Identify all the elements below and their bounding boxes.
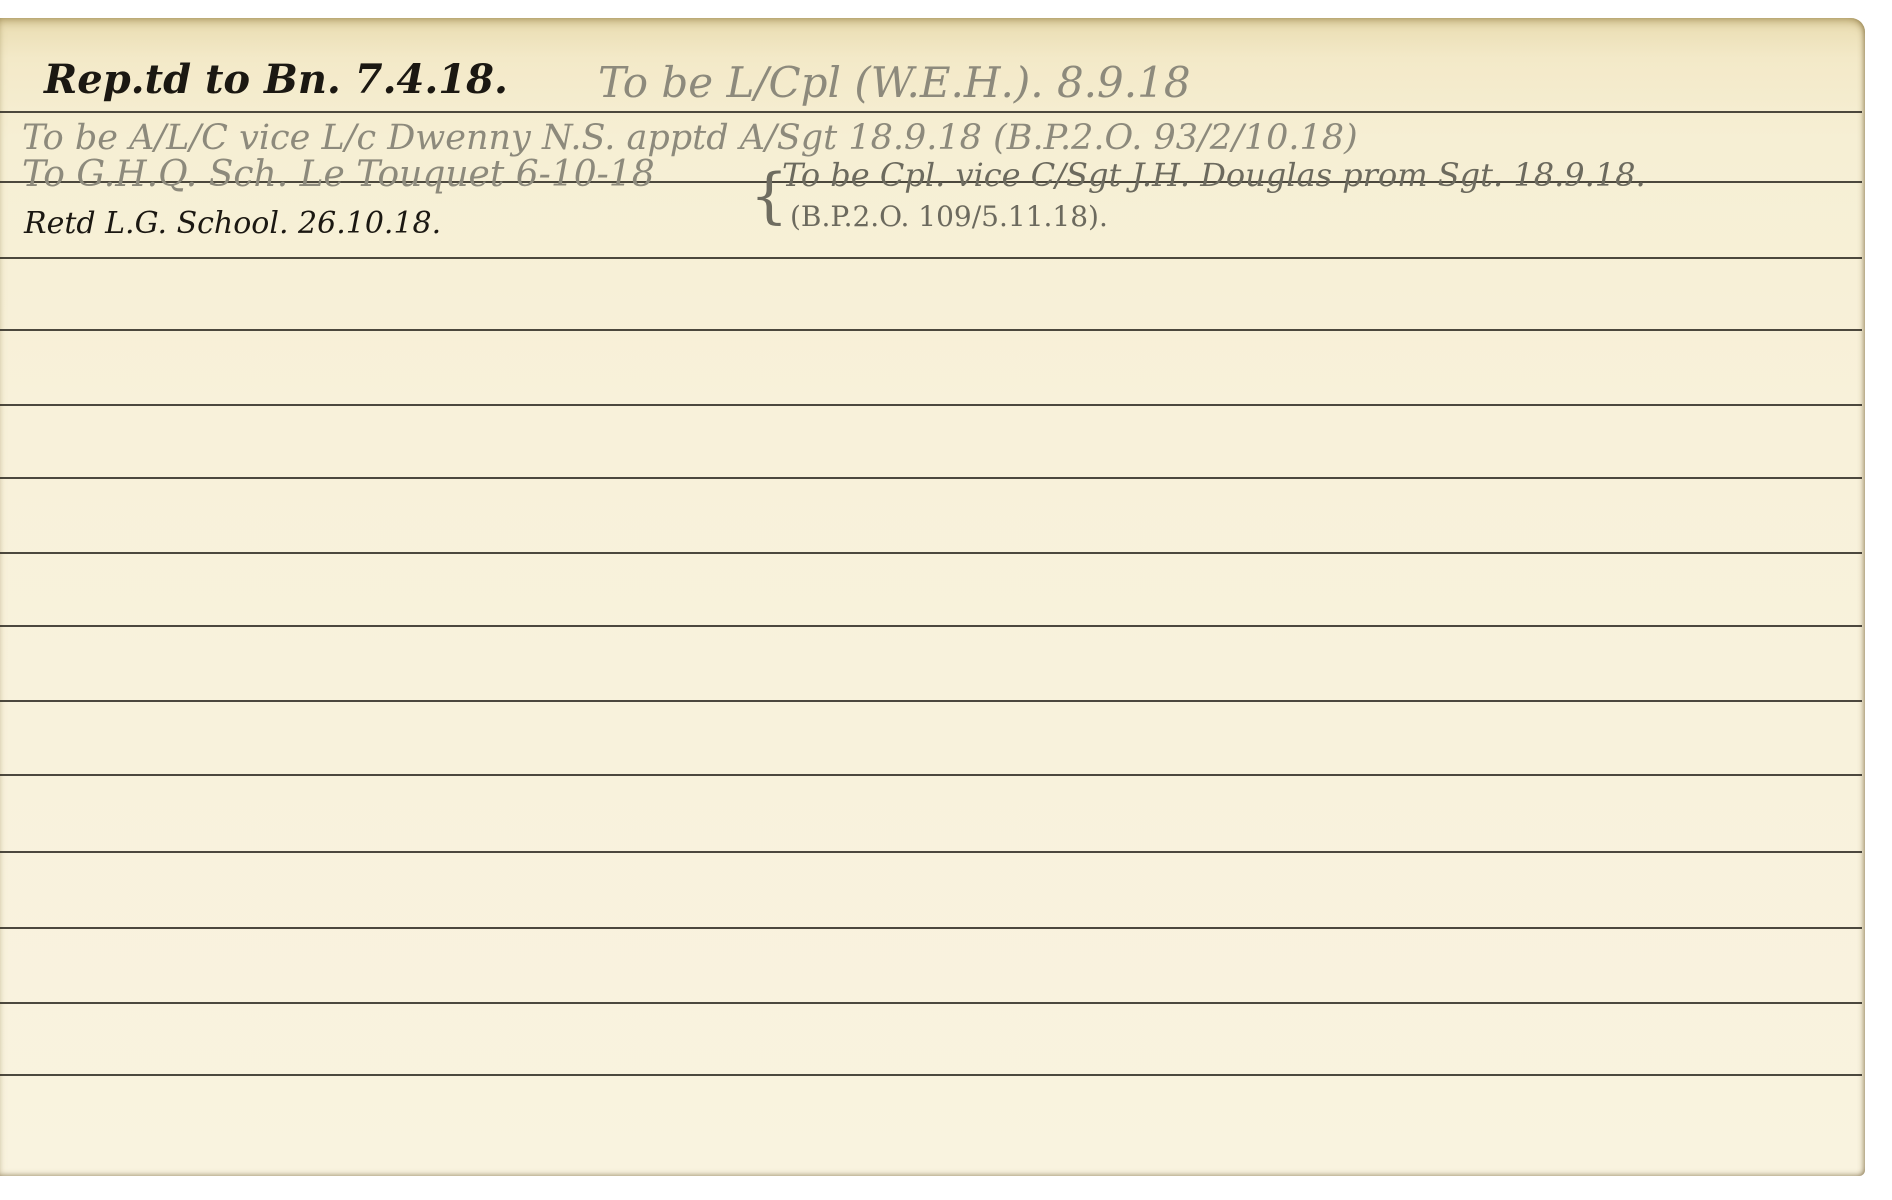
ruled-line — [0, 927, 1862, 929]
ruled-line — [0, 329, 1862, 331]
ruled-line — [0, 404, 1862, 406]
ruled-line — [0, 552, 1862, 554]
entry-to-ghq-school: To G.H.Q. Sch. Le Touquet 6-10-18 — [22, 154, 655, 195]
ruled-line — [0, 625, 1862, 627]
ruled-line — [0, 851, 1862, 853]
ruled-line — [0, 700, 1862, 702]
ruled-line — [0, 477, 1862, 479]
entry-bp2o-109: (B.P.2.O. 109/5.11.18). — [790, 200, 1108, 233]
ruled-line — [0, 111, 1862, 113]
entry-to-be-cpl: To be Cpl. vice C/Sgt J.H. Douglas prom … — [782, 156, 1646, 194]
record-card: Rep.td to Bn. 7.4.18. To be L/Cpl (W.E.H… — [0, 18, 1865, 1176]
entry-retd-lg-school: Retd L.G. School. 26.10.18. — [24, 206, 441, 241]
ruled-line — [0, 1002, 1862, 1004]
ruled-line — [0, 1074, 1862, 1076]
entry-to-be-lcpl: To be L/Cpl (W.E.H.). 8.9.18 — [598, 58, 1191, 107]
entry-to-be-alc: To be A/L/C vice L/c Dwenny N.S. apptd A… — [22, 118, 1358, 158]
ruled-line — [0, 774, 1862, 776]
ruled-line — [0, 257, 1862, 259]
entry-reported-to-bn: Rep.td to Bn. 7.4.18. — [44, 56, 508, 103]
